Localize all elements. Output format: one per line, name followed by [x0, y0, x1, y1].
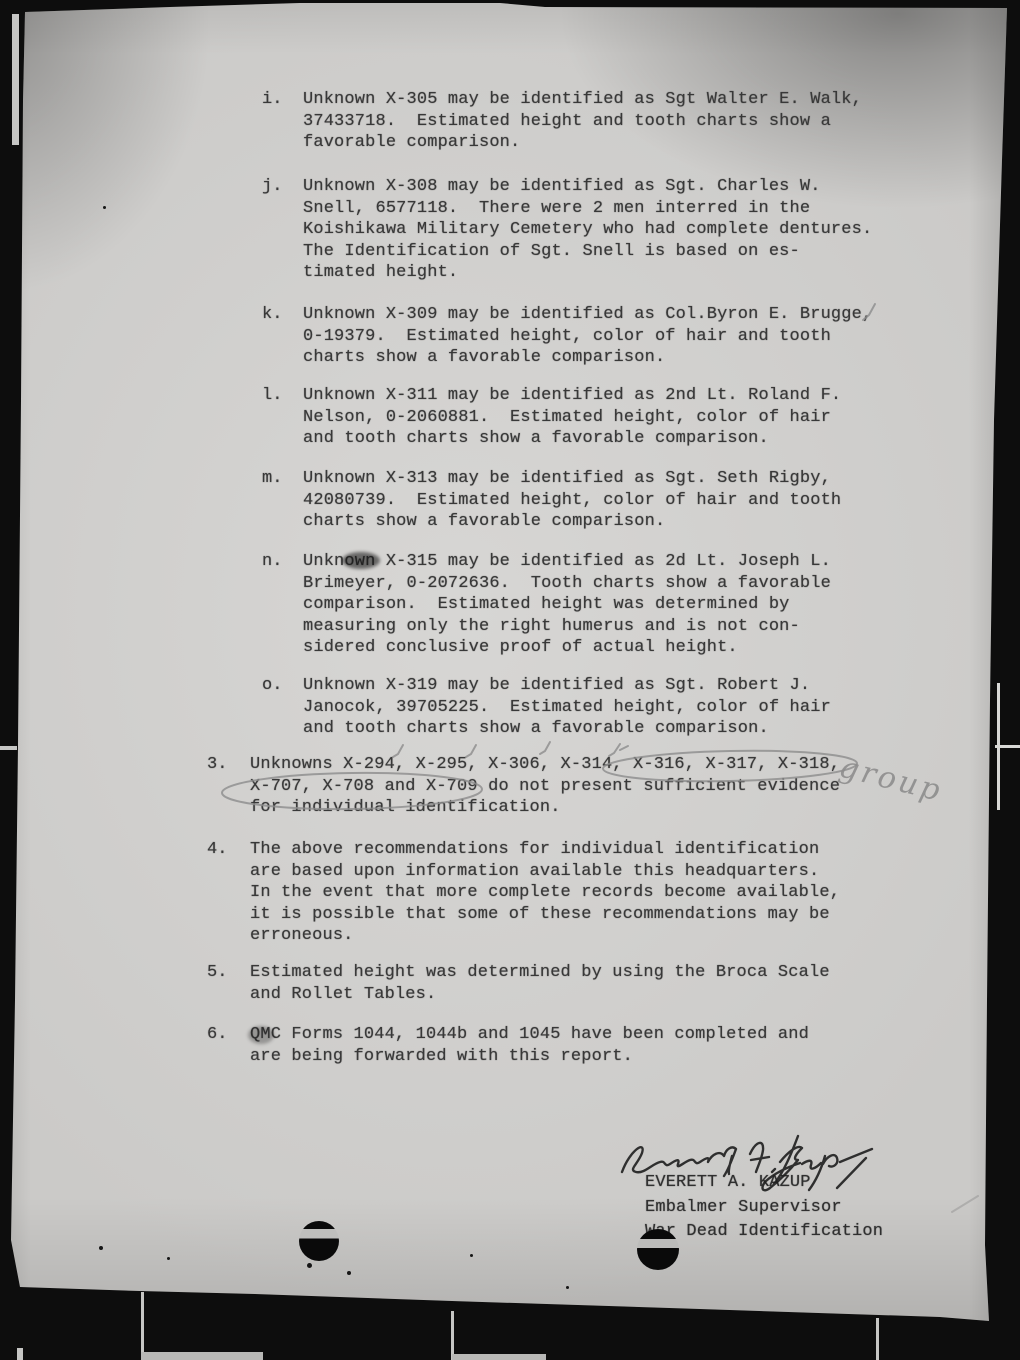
item-label: o. — [262, 675, 282, 697]
dust-speck — [103, 206, 106, 209]
list-item: m.Unknown X-313 may be identified as Sgt… — [0, 468, 1020, 533]
dust-speck — [347, 1271, 351, 1275]
list-item: i.Unknown X-305 may be identified as Sgt… — [0, 89, 1020, 154]
text-line: measuring only the right humerus and is … — [303, 616, 1020, 638]
item-label: n. — [262, 551, 282, 573]
text-line: charts show a favorable comparison. — [303, 511, 1020, 533]
film-registration-mark — [141, 1352, 263, 1360]
text-line: timated height. — [303, 262, 1020, 284]
text-line: Unknown X-313 may be identified as Sgt. … — [303, 468, 1020, 490]
list-item: j.Unknown X-308 may be identified as Sgt… — [0, 176, 1020, 284]
film-registration-mark — [876, 1318, 879, 1360]
text-line: 42080739. Estimated height, color of hai… — [303, 490, 1020, 512]
text-line: The Identification of Sgt. Snell is base… — [303, 241, 1020, 263]
dust-speck — [307, 1263, 312, 1268]
text-line: Unknown X-311 may be identified as 2nd L… — [303, 385, 1020, 407]
list-item: l.Unknown X-311 may be identified as 2nd… — [0, 385, 1020, 450]
list-item: k.Unknown X-309 may be identified as Col… — [0, 304, 1020, 369]
text-line: sidered conclusive proof of actual heigh… — [303, 637, 1020, 659]
item-label: 5. — [207, 962, 227, 984]
text-line: Koishikawa Military Cemetery who had com… — [303, 219, 1020, 241]
ink-smudge — [342, 552, 380, 569]
film-registration-mark — [452, 1354, 546, 1360]
item-label: j. — [262, 176, 282, 198]
text-line: Brimeyer, 0-2072636. Tooth charts show a… — [303, 573, 1020, 595]
text-line: it is possible that some of these recomm… — [250, 904, 1020, 926]
text-line: Janocok, 39705225. Estimated height, col… — [303, 697, 1020, 719]
text-line: charts show a favorable comparison. — [303, 347, 1020, 369]
text-line: Estimated height was determined by using… — [250, 962, 1020, 984]
text-line: and Rollet Tables. — [250, 984, 1020, 1006]
list-item: n.Unknown X-315 may be identified as 2d … — [0, 551, 1020, 659]
punch-hole — [637, 1229, 679, 1270]
film-registration-mark — [141, 1292, 144, 1354]
film-registration-mark — [995, 745, 1020, 748]
punch-hole — [299, 1221, 339, 1261]
list-item: 4.The above recommendations for individu… — [0, 839, 1020, 947]
list-item: 6.QMC Forms 1044, 1044b and 1045 have be… — [0, 1024, 1020, 1067]
dust-speck — [566, 1286, 569, 1289]
text-line: and tooth charts show a favorable compar… — [303, 718, 1020, 740]
dust-speck — [470, 1254, 473, 1257]
signature-title: Embalmer Supervisor — [645, 1197, 842, 1219]
document-page: i.Unknown X-305 may be identified as Sgt… — [0, 0, 1020, 1360]
item-text: Unknown X-311 may be identified as 2nd L… — [303, 385, 1020, 450]
item-text: Unknown X-319 may be identified as Sgt. … — [303, 675, 1020, 740]
text-line: Unknown X-309 may be identified as Col.B… — [303, 304, 1020, 326]
film-edge-sliver — [12, 14, 19, 145]
text-line: favorable comparison. — [303, 132, 1020, 154]
item-text: Unknown X-305 may be identified as Sgt W… — [303, 89, 1020, 154]
ink-smudge — [248, 1026, 274, 1044]
item-label: m. — [262, 468, 282, 490]
item-text: Unknown X-309 may be identified as Col.B… — [303, 304, 1020, 369]
item-text: QMC Forms 1044, 1044b and 1045 have been… — [250, 1024, 1020, 1067]
item-label: 3. — [207, 754, 227, 776]
text-line: are based upon information available thi… — [250, 861, 1020, 883]
photostat-frame: i.Unknown X-305 may be identified as Sgt… — [0, 0, 1020, 1360]
list-item: o.Unknown X-319 may be identified as Sgt… — [0, 675, 1020, 740]
item-text: Unknown X-313 may be identified as Sgt. … — [303, 468, 1020, 533]
text-line: The above recommendations for individual… — [250, 839, 1020, 861]
item-text: The above recommendations for individual… — [250, 839, 1020, 947]
film-registration-mark — [451, 1311, 454, 1360]
text-line: Snell, 6577118. There were 2 men interre… — [303, 198, 1020, 220]
item-label: k. — [262, 304, 282, 326]
text-line: In the event that more complete records … — [250, 882, 1020, 904]
text-line: and tooth charts show a favorable compar… — [303, 428, 1020, 450]
text-line: 37433718. Estimated height and tooth cha… — [303, 111, 1020, 133]
film-registration-mark — [17, 1348, 23, 1360]
text-line: Unknown X-308 may be identified as Sgt. … — [303, 176, 1020, 198]
text-line: are being forwarded with this report. — [250, 1046, 1020, 1068]
text-line: Nelson, 0-2060881. Estimated height, col… — [303, 407, 1020, 429]
list-item: 5.Estimated height was determined by usi… — [0, 962, 1020, 1005]
film-registration-mark — [0, 746, 17, 750]
item-text: Unknown X-308 may be identified as Sgt. … — [303, 176, 1020, 284]
item-label: i. — [262, 89, 282, 111]
text-line: erroneous. — [250, 925, 1020, 947]
signature-unit: War Dead Identification — [645, 1221, 883, 1243]
dust-speck — [167, 1257, 170, 1260]
text-line: 0-19379. Estimated height, color of hair… — [303, 326, 1020, 348]
text-line: Unknown X-319 may be identified as Sgt. … — [303, 675, 1020, 697]
text-line: Unknown X-315 may be identified as 2d Lt… — [303, 551, 1020, 573]
item-label: l. — [262, 385, 282, 407]
dust-speck — [99, 1246, 103, 1250]
text-line: comparison. Estimated height was determi… — [303, 594, 1020, 616]
text-line: Unknown X-305 may be identified as Sgt W… — [303, 89, 1020, 111]
item-label: 4. — [207, 839, 227, 861]
text-line: QMC Forms 1044, 1044b and 1045 have been… — [250, 1024, 1020, 1046]
item-text: Estimated height was determined by using… — [250, 962, 1020, 1005]
signature-typed-name: EVERETT A. KAZUP — [645, 1172, 811, 1194]
item-label: 6. — [207, 1024, 227, 1046]
item-text: Unknown X-315 may be identified as 2d Lt… — [303, 551, 1020, 659]
